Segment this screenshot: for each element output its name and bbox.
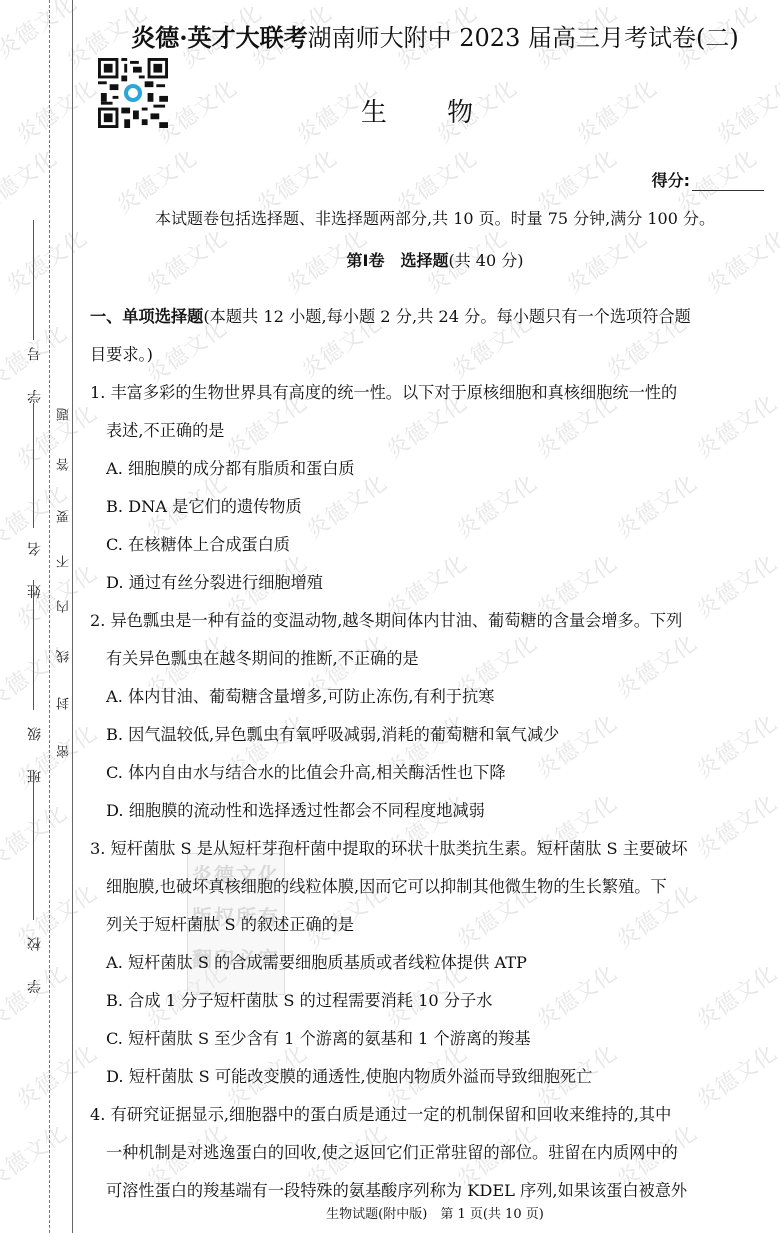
class-field-line[interactable]	[33, 580, 34, 710]
school-field-line[interactable]	[33, 770, 34, 920]
question-1-option-c[interactable]: C. 在核糖体上合成蛋白质	[106, 531, 290, 555]
question-1-stem: 1. 丰富多彩的生物世界具有高度的统一性。以下对于原核细胞和真核细胞统一性的	[90, 379, 677, 403]
part-points: (共 40 分)	[448, 251, 523, 270]
watermark: 炎德文化	[689, 956, 780, 1034]
section-heading: 一、单项选择题(本题共 12 小题,每小题 2 分,共 24 分。每小题只有一个…	[90, 303, 691, 327]
watermark: 炎德文化	[689, 786, 780, 864]
question-3-stem: 3. 短杆菌肽 S 是从短杆芽孢杆菌中提取的环状十肽类抗生素。短杆菌肽 S 主要…	[90, 835, 688, 859]
name-field-line[interactable]	[33, 403, 34, 528]
watermark: 炎德文化	[0, 796, 73, 874]
margin-rule	[72, 0, 73, 1233]
score-field[interactable]: 得分:	[652, 168, 764, 191]
question-3-option-b[interactable]: B. 合成 1 分子短杆菌肽 S 的过程需要消耗 10 分子水	[106, 987, 492, 1011]
watermark: 炎德文化	[9, 1036, 102, 1114]
title-brand: 炎德·英才大联考	[131, 23, 307, 52]
question-3-stem: 列关于短杆菌肽 S 的叙述正确的是	[106, 911, 354, 935]
page-footer: 生物试题(附中版) 第 1 页(共 10 页)	[90, 1203, 780, 1222]
question-4-stem: 4. 有研究证据显示,细胞器中的蛋白质是通过一定的机制保留和回收来维持的,其中	[90, 1101, 671, 1125]
question-2-option-c[interactable]: C. 体内自由水与结合水的比值会升高,相关酶活性也下降	[106, 759, 506, 783]
question-1-option-b[interactable]: B. DNA 是它们的遗传物质	[106, 493, 302, 517]
watermark: 炎德文化	[609, 626, 702, 704]
question-3-option-d[interactable]: D. 短杆菌肽 S 可能改变膜的通透性,使胞内物质外溢而导致细胞死亡	[106, 1063, 592, 1087]
seal-char: 答	[55, 458, 74, 471]
question-1-option-d[interactable]: D. 通过有丝分裂进行细胞增殖	[106, 569, 323, 593]
part-title: 第Ⅰ卷 选择题	[347, 251, 449, 270]
seal-char: 封	[55, 697, 74, 710]
question-2-option-d[interactable]: D. 细胞膜的流动性和选择透过性都会不同程度地减弱	[106, 797, 485, 821]
question-2-option-a[interactable]: A. 体内甘油、葡萄糖含量增多,可防止冻伤,有利于抗寒	[106, 683, 494, 707]
seal-char: 线	[55, 650, 74, 663]
seal-char: 要	[55, 510, 74, 523]
watermark: 炎德文化	[0, 1116, 73, 1194]
watermark: 炎德文化	[0, 141, 63, 219]
class-label: 班 级	[25, 715, 45, 783]
seal-char: 题	[55, 408, 74, 421]
watermark: 炎德文化	[9, 556, 102, 634]
score-label: 得分:	[652, 171, 690, 190]
watermark: 炎德文化	[0, 221, 93, 299]
watermark: 炎德文化	[529, 956, 622, 1034]
school-label: 学 校	[25, 925, 45, 993]
part-heading: 第Ⅰ卷 选择题(共 40 分)	[90, 248, 780, 271]
watermark: 炎德文化	[609, 466, 702, 544]
seal-char: 密	[55, 745, 74, 758]
question-4-stem: 一种机制是对逃逸蛋白的回收,使之返回它们正常驻留的部位。驻留在内质网中的	[106, 1139, 678, 1163]
watermark: 炎德文化	[689, 1036, 780, 1114]
exam-title: 炎德·英才大联考湖南师大附中 2023 届高三月考试卷(二)	[90, 18, 780, 53]
section-title: 一、单项选择题	[90, 307, 203, 326]
section-desc-cont: 目要求。)	[90, 341, 153, 365]
watermark: 炎德文化	[689, 546, 780, 624]
subject-title: 生 物	[0, 92, 780, 129]
student-id-field-line[interactable]	[33, 220, 34, 340]
student-id-label: 学 号	[25, 335, 45, 403]
watermark: 炎德文化	[689, 706, 780, 784]
watermark: 炎德文化	[449, 466, 542, 544]
seal-char: 内	[55, 600, 74, 613]
section-desc: (本题共 12 小题,每小题 2 分,共 24 分。每小题只有一个选项符合题	[203, 307, 690, 326]
watermark: 炎德文化	[689, 386, 780, 464]
question-2-stem: 有关异色瓢虫在越冬期间的推断,不正确的是	[106, 645, 419, 669]
question-1-stem: 表述,不正确的是	[106, 417, 224, 441]
question-3-option-a[interactable]: A. 短杆菌肽 S 的合成需要细胞质基质或者线粒体提供 ATP	[106, 949, 527, 973]
question-3-option-c[interactable]: C. 短杆菌肽 S 至少含有 1 个游离的氨基和 1 个游离的羧基	[106, 1025, 531, 1049]
question-1-option-a[interactable]: A. 细胞膜的成分都有脂质和蛋白质	[106, 455, 355, 479]
exam-instructions: 本试题卷包括选择题、非选择题两部分,共 10 页。时量 75 分钟,满分 100…	[90, 206, 780, 229]
question-2-option-b[interactable]: B. 因气温较低,异色瓢虫有氧呼吸减弱,消耗的葡萄糖和氧气减少	[106, 721, 559, 745]
title-text: 湖南师大附中 2023 届高三月考试卷(二)	[308, 24, 739, 52]
question-4-stem: 可溶性蛋白的羧基端有一段特殊的氨基酸序列称为 KDEL 序列,如果该蛋白被意外	[106, 1177, 687, 1201]
question-3-stem: 细胞膜,也破坏真核细胞的线粒体膜,因而它可以抑制其他微生物的生长繁殖。下	[106, 873, 667, 897]
watermark: 炎德文化	[529, 706, 622, 784]
question-2-stem: 2. 异色瓢虫是一种有益的变温动物,越冬期间体内甘油、葡萄糖的含量会增多。下列	[90, 607, 682, 631]
watermark: 炎德文化	[9, 876, 102, 954]
name-label: 姓 名	[25, 530, 45, 598]
cut-line-dotted	[49, 0, 50, 1233]
seal-char: 不	[55, 555, 74, 568]
watermark: 炎德文化	[0, 0, 83, 65]
score-blank[interactable]	[692, 174, 764, 191]
